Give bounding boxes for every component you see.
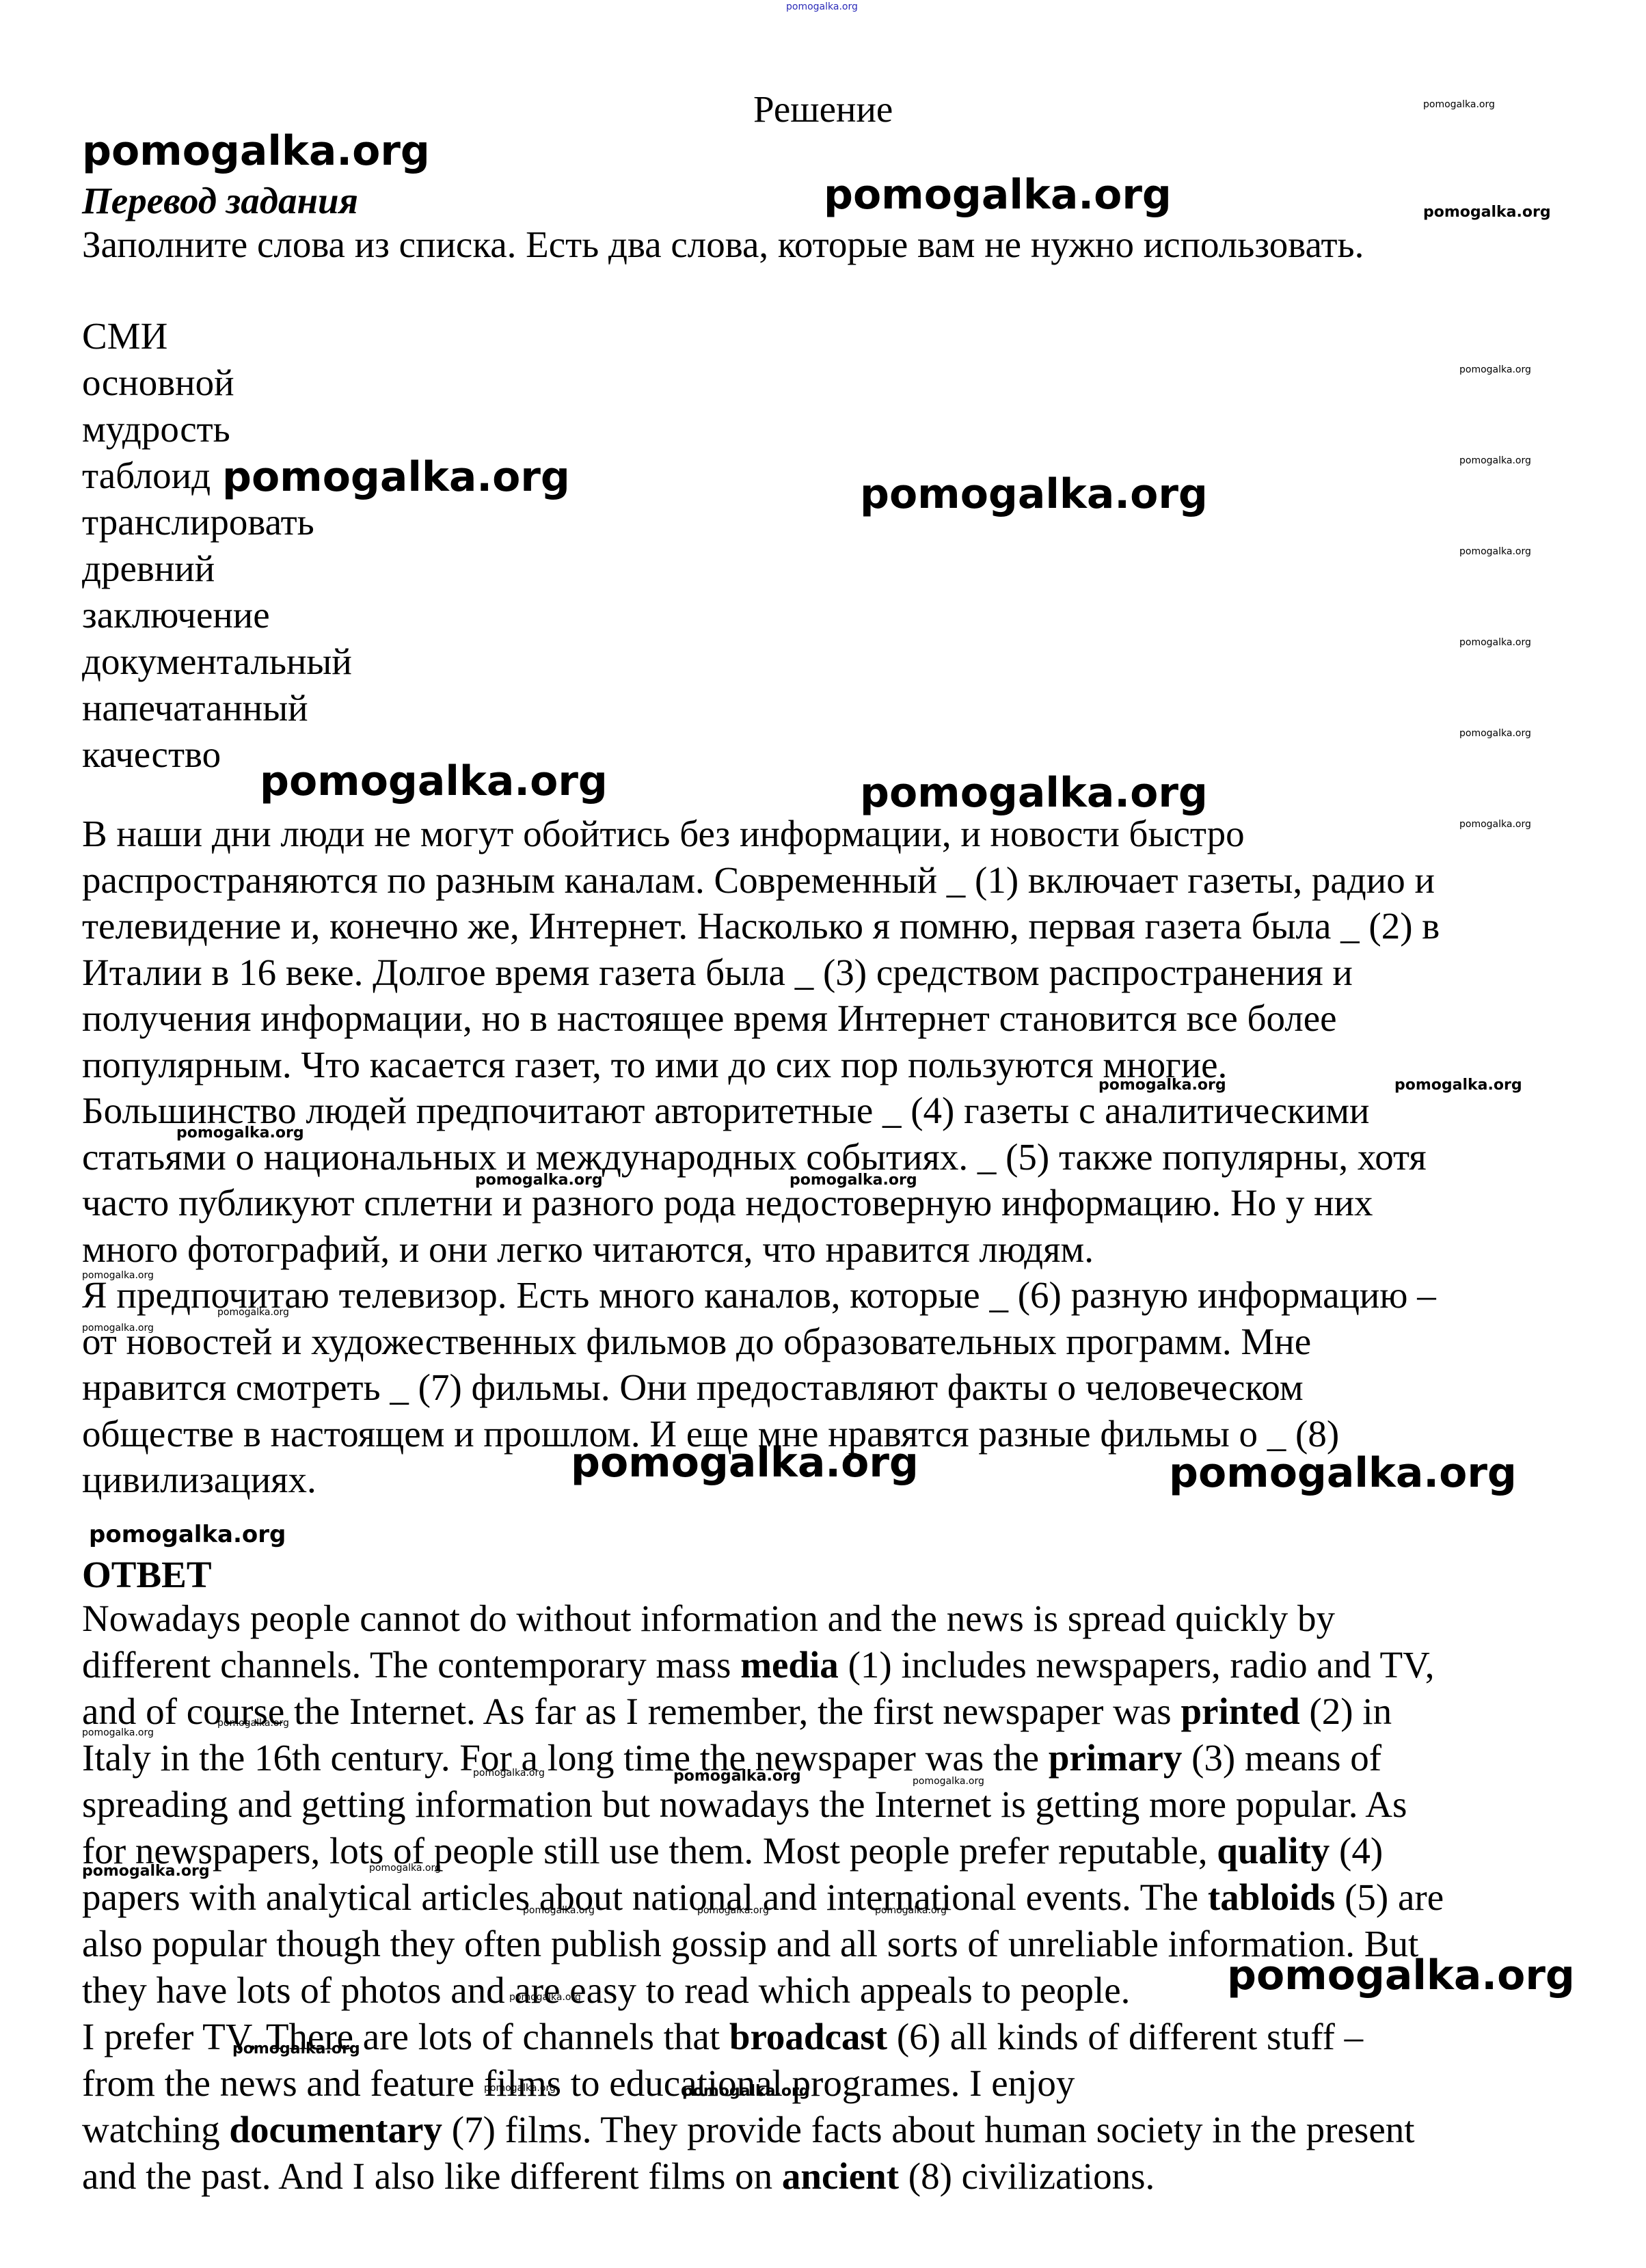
watermark: pomogalka.org — [217, 1307, 289, 1318]
answer-text-line: they have lots of photos and are easy to… — [82, 1971, 1130, 2009]
watermark: pomogalka.org — [913, 1776, 984, 1787]
answer-text-line: from the news and feature films to educa… — [82, 2064, 1075, 2102]
answer-text-segment: for newspapers, lots of people still use… — [82, 1830, 1217, 1872]
watermark: pomogalka.org — [1459, 728, 1531, 739]
watermark: pomogalka.org — [89, 1521, 286, 1548]
section-heading: Перевод задания — [82, 179, 358, 222]
russian-text-line: популярным. Что касается газет, то ими д… — [82, 1046, 1227, 1083]
answer-text-segment: also popular though they often publish g… — [82, 1923, 1418, 1965]
answer-text-segment: they have lots of photos and are easy to… — [82, 1969, 1130, 2011]
answer-text-segment: (4) — [1330, 1830, 1383, 1872]
answer-word: primary — [1049, 1737, 1183, 1779]
watermark: pomogalka.org — [369, 1863, 441, 1874]
russian-text-line: Большинство людей предпочитают авторитет… — [82, 1092, 1369, 1129]
watermark: pomogalka.org — [1169, 1449, 1517, 1497]
word-list-item: напечатанный — [82, 689, 308, 727]
watermark: pomogalka.org — [484, 2083, 556, 2094]
answer-text-segment: (8) civilizations. — [899, 2155, 1155, 2197]
word-list-item: документальный — [82, 643, 352, 680]
watermark: pomogalka.org — [1423, 204, 1551, 221]
answer-word: ancient — [782, 2155, 899, 2197]
answer-text-line: watching documentary (7) films. They pro… — [82, 2111, 1415, 2148]
watermark: pomogalka.org — [232, 2040, 360, 2057]
answer-text-segment: (7) films. They provide facts about huma… — [442, 2109, 1415, 2150]
watermark: pomogalka.org — [475, 1172, 603, 1189]
answer-text-line: Nowadays people cannot do without inform… — [82, 1599, 1335, 1637]
page-title: Решение — [753, 90, 893, 128]
russian-text-line: от новостей и художественных фильмов до … — [82, 1323, 1311, 1360]
watermark: pomogalka.org — [1459, 455, 1531, 466]
answer-word: media — [740, 1644, 839, 1686]
answer-text-line: different channels. The contemporary mas… — [82, 1646, 1434, 1684]
watermark: pomogalka.org — [217, 1718, 289, 1729]
instruction-text: Заполните слова из списка. Есть два слов… — [82, 226, 1364, 263]
watermark: pomogalka.org — [571, 1439, 919, 1487]
watermark: pomogalka.org — [875, 1905, 947, 1916]
top-watermark: pomogalka.org — [786, 1, 858, 12]
watermark: pomogalka.org — [682, 2083, 810, 2100]
watermark: pomogalka.org — [260, 757, 608, 805]
watermark: pomogalka.org — [523, 1905, 595, 1916]
answer-text-line: also popular though they often publish g… — [82, 1925, 1418, 1962]
russian-text-line: телевидение и, конечно же, Интернет. Нас… — [82, 907, 1440, 945]
answer-text-segment: (5) are — [1335, 1876, 1444, 1918]
watermark: pomogalka.org — [697, 1905, 769, 1916]
answer-text-segment: watching — [82, 2109, 229, 2150]
watermark: pomogalka.org — [1459, 819, 1531, 830]
answer-text-segment: papers with analytical articles about na… — [82, 1876, 1208, 1918]
watermark: pomogalka.org — [790, 1172, 917, 1189]
russian-text-line: цивилизациях. — [82, 1461, 316, 1498]
russian-text-line: статьями о национальных и международных … — [82, 1138, 1427, 1176]
watermark: pomogalka.org — [82, 1863, 210, 1880]
watermark: pomogalka.org — [176, 1124, 304, 1142]
watermark: pomogalka.org — [1459, 364, 1531, 375]
watermark: pomogalka.org — [1423, 99, 1495, 110]
answer-text-segment: (3) means of — [1182, 1737, 1381, 1779]
watermark: pomogalka.org — [509, 1992, 581, 2003]
watermark: pomogalka.org — [222, 453, 570, 501]
answer-text-segment: different channels. The contemporary mas… — [82, 1644, 740, 1686]
word-list-item: качество — [82, 735, 221, 773]
watermark: pomogalka.org — [1098, 1077, 1226, 1094]
russian-text-line: В наши дни люди не могут обойтись без ин… — [82, 815, 1245, 852]
word-list-item: заключение — [82, 596, 270, 634]
watermark: pomogalka.org — [824, 171, 1172, 219]
word-list-item: таблоид — [82, 457, 211, 494]
russian-text-line: много фотографий, и они легко читаются, … — [82, 1230, 1094, 1268]
answer-word: documentary — [229, 2109, 442, 2150]
answer-text-line: and the past. And I also like different … — [82, 2157, 1155, 2195]
answer-text-segment: from the news and feature films to educa… — [82, 2062, 1075, 2104]
watermark: pomogalka.org — [82, 1323, 154, 1334]
answer-heading: ОТВЕТ — [82, 1553, 212, 1596]
word-list-item: основной — [82, 364, 234, 401]
watermark: pomogalka.org — [673, 1768, 801, 1785]
watermark: pomogalka.org — [1227, 1952, 1575, 1999]
word-list-item: СМИ — [82, 317, 167, 355]
watermark: pomogalka.org — [82, 1270, 154, 1281]
answer-word: quality — [1217, 1830, 1330, 1872]
russian-text-line: получения информации, но в настоящее вре… — [82, 999, 1337, 1037]
russian-text-line: часто публикуют сплетни и разного рода н… — [82, 1184, 1373, 1221]
word-list-item: мудрость — [82, 410, 230, 448]
answer-word: broadcast — [729, 2016, 887, 2057]
watermark: pomogalka.org — [82, 1727, 154, 1738]
watermark: pomogalka.org — [1459, 637, 1531, 648]
russian-text-line: нравится смотреть _ (7) фильмы. Они пред… — [82, 1368, 1304, 1406]
watermark: pomogalka.org — [860, 769, 1208, 817]
answer-text-segment: (6) all kinds of different stuff – — [887, 2016, 1363, 2057]
answer-word: tabloids — [1208, 1876, 1335, 1918]
answer-text-line: for newspapers, lots of people still use… — [82, 1832, 1383, 1869]
answer-word: printed — [1180, 1690, 1299, 1732]
answer-text-segment: I prefer TV. There are lots of channels … — [82, 2016, 729, 2057]
answer-text-segment: (2) in — [1300, 1690, 1392, 1732]
answer-text-segment: spreading and getting information but no… — [82, 1783, 1407, 1825]
watermark: pomogalka.org — [860, 470, 1208, 518]
russian-text-line: распространяются по разным каналам. Совр… — [82, 861, 1435, 899]
watermark: pomogalka.org — [1459, 546, 1531, 557]
answer-text-segment: and the past. And I also like different … — [82, 2155, 782, 2197]
answer-text-segment: Nowadays people cannot do without inform… — [82, 1597, 1335, 1639]
watermark: pomogalka.org — [473, 1768, 545, 1779]
watermark: pomogalka.org — [1394, 1077, 1522, 1094]
answer-text-segment: (1) includes newspapers, radio and TV, — [839, 1644, 1435, 1686]
watermark: pomogalka.org — [82, 127, 430, 175]
answer-text-line: spreading and getting information but no… — [82, 1785, 1407, 1823]
word-list-item: транслировать — [82, 503, 314, 541]
russian-text-line: Италии в 16 веке. Долгое время газета бы… — [82, 954, 1353, 991]
word-list-item: древний — [82, 550, 215, 587]
answer-text-segment: Italy in the 16th century. For a long ti… — [82, 1737, 1049, 1779]
